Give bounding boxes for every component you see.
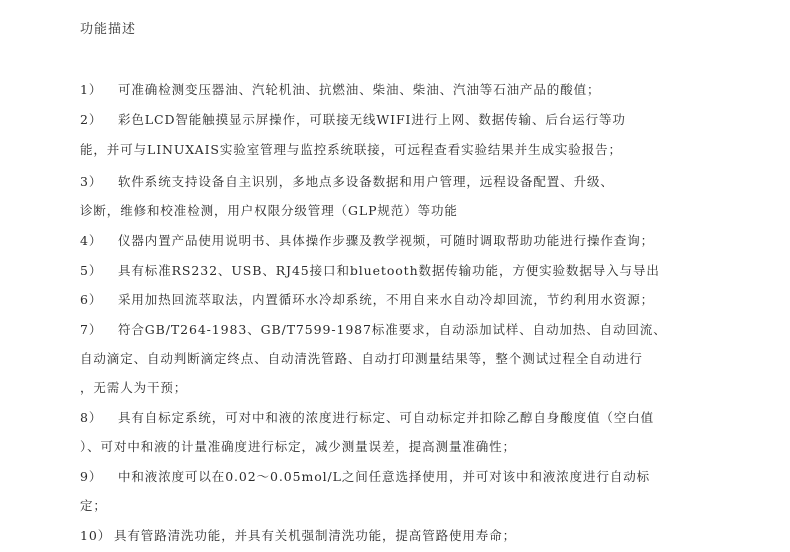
item-text: 彩色LCD智能触摸显示屏操作，可联接无线WIFI进行上网、数据传输、后台运行等功 [118, 112, 626, 127]
item-number: 7） [80, 320, 118, 338]
item-text: 定； [80, 498, 107, 513]
item-text: 仪器内置产品使用说明书、具体操作步骤及教学视频，可随时调取帮助功能进行操作查询； [118, 233, 654, 248]
item-text: 具有自标定系统，可对中和液的浓度进行标定、可自动标定并扣除乙醇自身酸度值（空白值 [118, 410, 654, 425]
feature-line-5: 5）具有标准RS232、USB、RJ45接口和bluetooth数据传输功能，方… [80, 261, 660, 279]
feature-line-6: 6）采用加热回流萃取法，内置循环水冷却系统，不用自来水自动冷却回流，节约利用水资… [80, 290, 654, 308]
feature-line-7-cont: 自动滴定、自动判断滴定终点、自动清洗管路、自动打印测量结果等，整个测试过程全自动… [80, 349, 643, 367]
item-text: 可准确检测变压器油、汽轮机油、抗燃油、柴油、柴油、汽油等石油产品的酸值； [118, 82, 600, 97]
item-text: 具有管路清洗功能，并具有关机强制清洗功能，提高管路使用寿命； [114, 528, 516, 543]
item-text: 采用加热回流萃取法，内置循环水冷却系统，不用自来水自动冷却回流，节约利用水资源； [118, 292, 654, 307]
feature-line-10: 10）具有管路清洗功能，并具有关机强制清洗功能，提高管路使用寿命； [80, 526, 516, 544]
item-text: 能，并可与LINUXAIS实验室管理与监控系统联接，可远程查看实验结果并生成实验… [80, 142, 622, 157]
feature-line-9-cont: 定； [80, 496, 107, 514]
item-number: 9） [80, 467, 118, 485]
feature-line-2: 2）彩色LCD智能触摸显示屏操作，可联接无线WIFI进行上网、数据传输、后台运行… [80, 110, 626, 128]
item-text: 符合GB/T264-1983、GB/T7599-1987标准要求，自动添加试样、… [118, 322, 667, 337]
item-text: 自动滴定、自动判断滴定终点、自动清洗管路、自动打印测量结果等，整个测试过程全自动… [80, 351, 643, 366]
item-number: 5） [80, 261, 118, 279]
item-number: 10） [80, 526, 114, 544]
section-heading: 功能描述 [80, 18, 136, 37]
item-number: 4） [80, 231, 118, 249]
feature-line-3: 3）软件系统支持设备自主识别，多地点多设备数据和用户管理，远程设备配置、升级、 [80, 172, 614, 190]
feature-line-8-cont: ）、可对中和液的计量准确度进行标定，减少测量误差，提高测量准确性； [80, 437, 516, 455]
feature-line-2-cont: 能，并可与LINUXAIS实验室管理与监控系统联接，可远程查看实验结果并生成实验… [80, 140, 622, 158]
feature-line-9: 9）中和液浓度可以在0.02～0.05mol/L之间任意选择使用，并可对该中和液… [80, 467, 650, 485]
item-text: 具有标准RS232、USB、RJ45接口和bluetooth数据传输功能，方便实… [118, 263, 660, 278]
feature-line-1: 1）可准确检测变压器油、汽轮机油、抗燃油、柴油、柴油、汽油等石油产品的酸值； [80, 80, 600, 98]
feature-line-8: 8）具有自标定系统，可对中和液的浓度进行标定、可自动标定并扣除乙醇自身酸度值（空… [80, 408, 654, 426]
item-text: 软件系统支持设备自主识别，多地点多设备数据和用户管理，远程设备配置、升级、 [118, 174, 614, 189]
item-text: ，无需人为干预； [80, 380, 187, 395]
document-page: 功能描述 1）可准确检测变压器油、汽轮机油、抗燃油、柴油、柴油、汽油等石油产品的… [0, 0, 790, 552]
feature-line-4: 4）仪器内置产品使用说明书、具体操作步骤及教学视频，可随时调取帮助功能进行操作查… [80, 231, 654, 249]
feature-line-7-cont2: ，无需人为干预； [80, 378, 187, 396]
item-number: 3） [80, 172, 118, 190]
feature-line-3-cont: 诊断，维修和校准检测，用户权限分级管理（GLP规范）等功能 [80, 201, 458, 219]
item-number: 8） [80, 408, 118, 426]
item-number: 2） [80, 110, 118, 128]
item-text: ）、可对中和液的计量准确度进行标定，减少测量误差，提高测量准确性； [80, 439, 516, 454]
item-number: 1） [80, 80, 118, 98]
item-number: 6） [80, 290, 118, 308]
item-text: 中和液浓度可以在0.02～0.05mol/L之间任意选择使用，并可对该中和液浓度… [118, 469, 650, 484]
item-text: 诊断，维修和校准检测，用户权限分级管理（GLP规范）等功能 [80, 203, 458, 218]
feature-line-7: 7）符合GB/T264-1983、GB/T7599-1987标准要求，自动添加试… [80, 320, 667, 338]
